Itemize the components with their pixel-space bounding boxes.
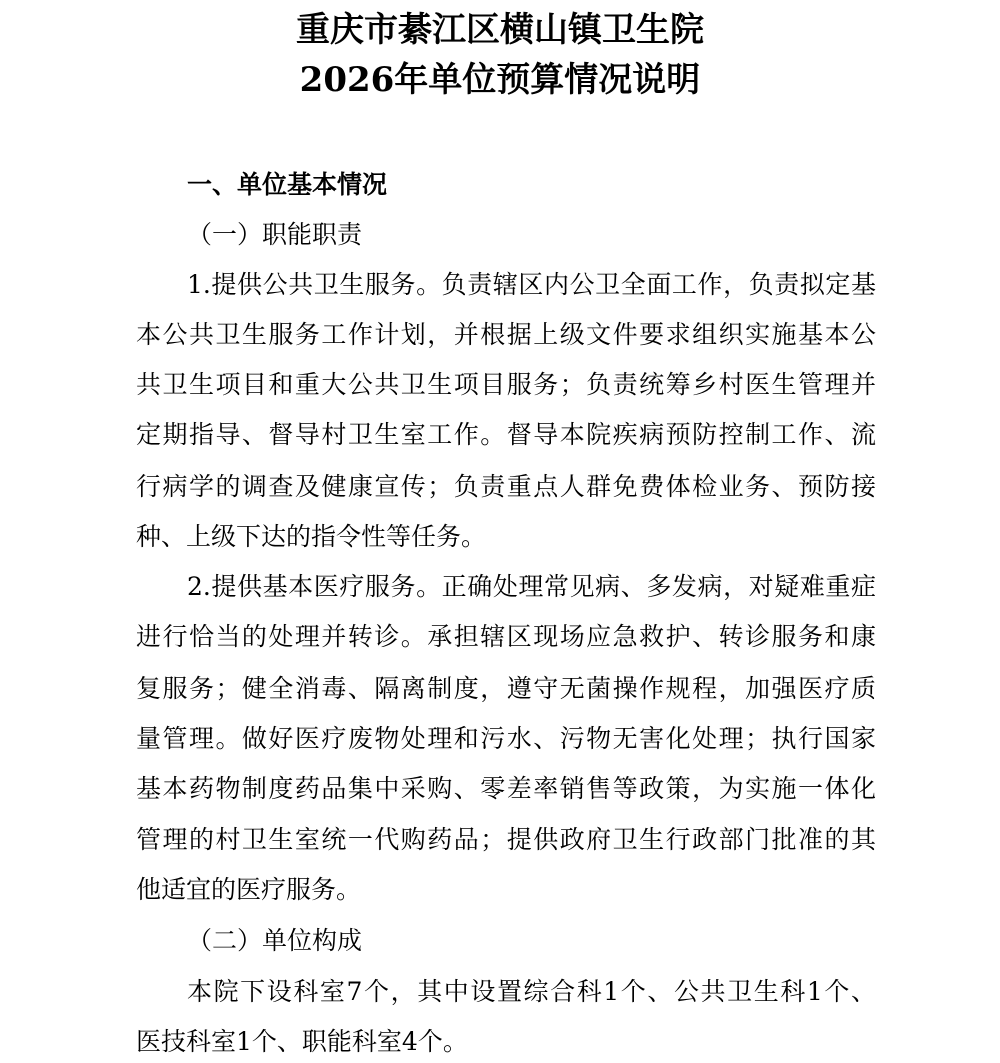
subsection-heading-composition: （二）单位构成 [187,924,362,958]
paragraph-line: 1.提供公共卫生服务。负责辖区内公卫全面工作，负责拟定基 [187,268,876,302]
paragraph-line: 他适宜的医疗服务。 [136,873,876,907]
paragraph-line: 复服务；健全消毒、隔离制度，遵守无菌操作规程，加强医疗质 [136,672,876,706]
paragraph-line: 医技科室1个、职能科室4个。 [136,1025,876,1059]
paragraph-line: 量管理。做好医疗废物处理和污水、污物无害化处理；执行国家 [136,722,876,756]
paragraph-line: 行病学的调查及健康宣传；负责重点人群免费体检业务、预防接 [136,470,876,504]
paragraph-line: 管理的村卫生室统一代购药品；提供政府卫生行政部门批准的其 [136,823,876,857]
paragraph-line: 种、上级下达的指令性等任务。 [136,520,876,554]
paragraph-line: 定期指导、督导村卫生室工作。督导本院疾病预防控制工作、流 [136,418,876,452]
paragraph-line: 共卫生项目和重大公共卫生项目服务；负责统筹乡村医生管理并 [136,368,876,402]
paragraph-line: 基本药物制度药品集中采购、零差率销售等政策，为实施一体化 [136,772,876,806]
subsection-heading-functions: （一）职能职责 [187,218,362,252]
paragraph-line: 进行恰当的处理并转诊。承担辖区现场应急救护、转诊服务和康 [136,620,876,654]
document-title-line2: 2026年单位预算情况说明 [0,60,1000,100]
paragraph-line: 本公共卫生服务工作计划，并根据上级文件要求组织实施基本公 [136,318,876,352]
section-heading-basic-info: 一、单位基本情况 [187,168,387,202]
document-title-line1: 重庆市綦江区横山镇卫生院 [0,10,1000,50]
paragraph-line: 2.提供基本医疗服务。正确处理常见病、多发病，对疑难重症 [187,570,876,604]
paragraph-line: 本院下设科室7个，其中设置综合科1个、公共卫生科1个、 [187,975,876,1009]
